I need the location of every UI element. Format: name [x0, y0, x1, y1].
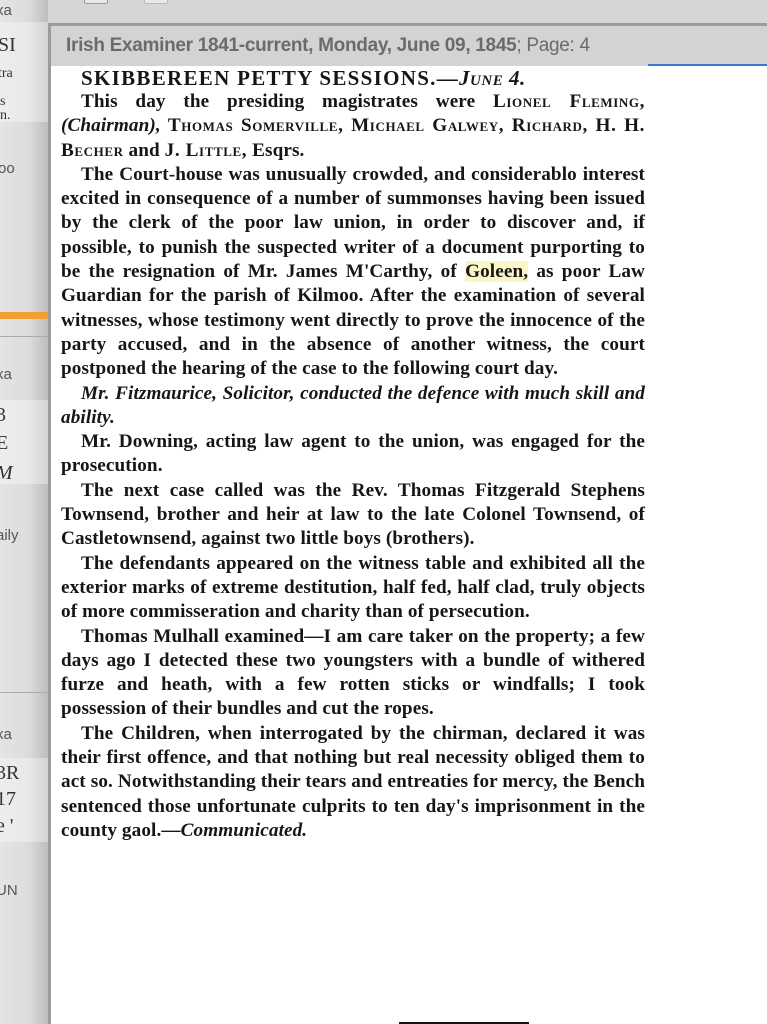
- headline-date: June 4.: [459, 66, 526, 90]
- page-number: Page: 4: [521, 35, 589, 56]
- article-paragraph: Mr. Fitzmaurice, Solicitor, conducted th…: [61, 382, 645, 431]
- magistrate-name: J. Little,: [165, 140, 248, 161]
- background-snippet: xa: [0, 2, 12, 19]
- background-page-strip: xa SI tra s n. oo xa 3 E M aily xa 3R 17…: [0, 0, 48, 1024]
- article-paragraph: The next case called was the Rev. Thomas…: [61, 479, 645, 552]
- article-paragraph: Thomas Mulhall examined—I am care taker …: [61, 625, 645, 722]
- paragraph-text: This day the presiding magistrates were: [81, 91, 493, 112]
- clipping-margin: [651, 66, 767, 1024]
- background-snippet: M: [0, 462, 13, 485]
- background-snippet: 3R: [0, 762, 19, 785]
- background-snippet: UN: [0, 882, 18, 899]
- background-snippet: aily: [0, 527, 19, 544]
- magistrate-name: Lionel Fleming,: [493, 91, 645, 112]
- article-paragraph: Mr. Downing, acting law agent to the uni…: [61, 430, 645, 479]
- newspaper-clipping: SKIBBEREEN PETTY SESSIONS.—June 4. This …: [51, 66, 651, 1024]
- article-paragraph: The Children, when interrogated by the c…: [61, 722, 645, 843]
- paragraph-text: Esqrs.: [247, 140, 304, 161]
- background-snippet: 3: [0, 404, 6, 427]
- article-paragraph: The defendants appeared on the witness t…: [61, 552, 645, 625]
- paragraph-text: and: [124, 140, 165, 161]
- publication-title: Irish Examiner 1841-current, Monday, Jun…: [66, 35, 516, 56]
- paragraph-text: The Children, when interrogated by the c…: [61, 723, 645, 841]
- viewer-toolbar: [48, 0, 767, 24]
- headline-dash: —: [437, 66, 459, 90]
- article: SKIBBEREEN PETTY SESSIONS.—June 4. This …: [51, 66, 645, 843]
- background-snippet: xa: [0, 366, 12, 383]
- background-snippet: 17: [0, 788, 16, 811]
- headline-text: SKIBBEREEN PETTY SESSIONS.: [81, 66, 437, 90]
- background-snippet: e ': [0, 815, 13, 838]
- background-snippet: E: [0, 432, 8, 455]
- paragraph-text: (Chairman),: [61, 115, 168, 136]
- background-snippet: xa: [0, 726, 12, 743]
- background-snippet: n.: [0, 108, 11, 124]
- article-signoff: Communicated.: [181, 820, 308, 841]
- toolbar-button[interactable]: [84, 0, 108, 4]
- background-orange-bar: [0, 312, 48, 319]
- toolbar-button[interactable]: [144, 0, 168, 4]
- background-divider: [0, 692, 48, 693]
- search-highlight: Goleen,: [465, 261, 528, 282]
- clipping-viewer: Irish Examiner 1841-current, Monday, Jun…: [48, 23, 767, 1024]
- clipping-caption: Irish Examiner 1841-current, Monday, Jun…: [51, 26, 767, 66]
- background-divider: [0, 336, 48, 337]
- background-snippet: SI: [0, 34, 16, 57]
- article-headline: SKIBBEREEN PETTY SESSIONS.—June 4.: [81, 66, 645, 90]
- article-paragraph: The Court-house was unusually crowded, a…: [61, 163, 645, 382]
- article-paragraph: This day the presiding magistrates were …: [61, 90, 645, 163]
- background-snippet: oo: [0, 160, 15, 177]
- background-snippet: tra: [0, 66, 13, 82]
